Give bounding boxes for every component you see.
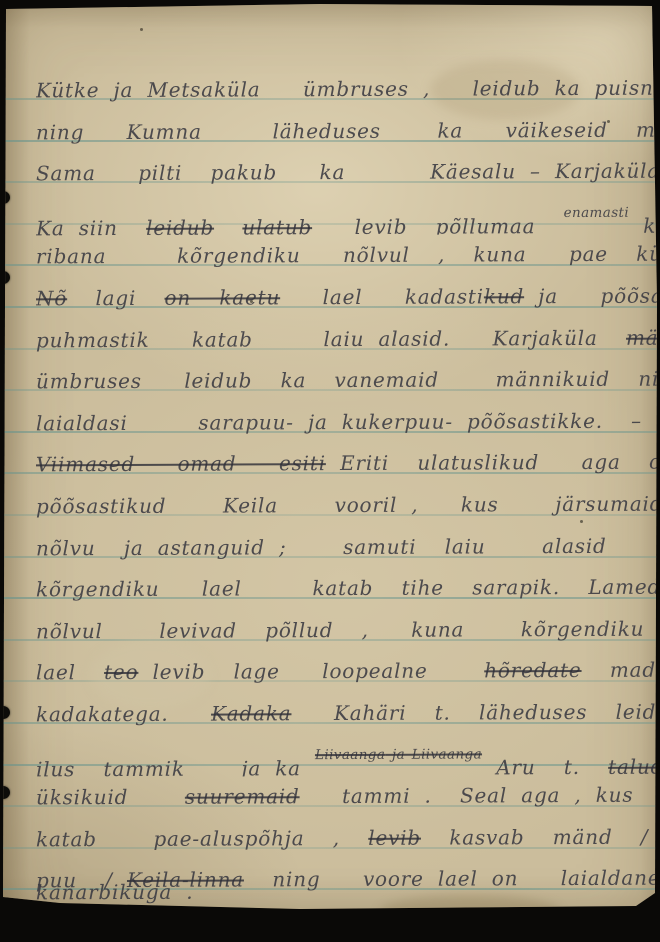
handwritten-line: puhmastik katab laiu alasid. Karjaküla m… [36, 322, 658, 361]
word-segment: lael kadasti [280, 284, 484, 309]
handwritten-line: üksikuid suuremaid tammi . Seal aga , ku… [36, 780, 658, 819]
word-segment: kitsa [629, 213, 658, 236]
handwritten-line: Kütke ja Metsaküla ümbruses , leidub ka … [36, 73, 658, 112]
word-segment: laialdasi sarapuu- ja kukerpuu- põõsasti… [36, 409, 642, 436]
word-segment: levib lage loopealne [138, 659, 484, 685]
handwritten-line: Sama pilti pakub ka Käesalu – Karjaküla … [36, 156, 658, 195]
handwritten-line: ning Kumna läheduses ka väikeseid männit… [36, 114, 658, 153]
word-segment: kõrgendiku lael katab tihe sarapik. Lame… [36, 575, 658, 602]
word-segment: kasvab mänd / Vabaduse [421, 824, 658, 850]
word-segment: talud [608, 754, 658, 777]
word-segment: nõlvul levivad põllud , kuna kõrgendiku [36, 616, 644, 643]
word-segment: ribana kõrgendiku nõlvul , kuna pae künn… [36, 242, 658, 269]
inserted-word: ja Liivaanga [385, 746, 482, 762]
word-segment: Kütke ja Metsaküla ümbruses , leidub ka … [36, 75, 658, 102]
inserted-word: Liivaanga [315, 746, 385, 762]
word-segment: teo [104, 660, 138, 684]
handwritten-line: nõlvu ja astanguid ; samuti laiu alasid [36, 530, 658, 569]
manuscript-page: Kütke ja Metsaküla ümbruses , leidub ka … [0, 0, 660, 942]
inserted-word: enamasti [564, 205, 630, 221]
handwritten-line: Viimased omad esiti Eriti ulatuslikud ag… [36, 447, 658, 486]
word-segment: tammi . Seal aga , kus liiv [300, 783, 659, 809]
handwritten-line: põõsastikud Keila vooril , kus järsumaid… [36, 489, 658, 528]
word-segment: põõsastikud Keila vooril , kus järsumaid… [36, 491, 658, 518]
handwritten-line: ribana kõrgendiku nõlvul , kuna pae künn… [36, 239, 658, 278]
word-segment: Eriti ulatuslikud aga on [326, 450, 658, 476]
manuscript-lines: Kütke ja Metsaküla ümbruses , leidub ka … [0, 0, 660, 942]
word-segment: kanarbikuga . [36, 880, 194, 905]
word-segment: puhmastik katab laiu alasid. Karjaküla [36, 325, 626, 352]
word-segment: ilus tammik ja ka [36, 756, 315, 777]
word-segment: Viimased omad esiti [36, 451, 326, 476]
word-segment: ulatub [242, 215, 312, 236]
word-segment: ja põõsasmarana [524, 283, 658, 308]
word-segment: levib põllumaa [312, 214, 564, 236]
word-segment: hõredate [484, 658, 581, 682]
handwritten-line: ilus tammik ja ka Liivaanga ja Liivaanga… [36, 738, 658, 777]
word-segment: lael [36, 660, 104, 684]
word-segment: levib [368, 825, 421, 849]
handwritten-line: kadakatega. Kadaka Kahäri t. läheduses l… [36, 697, 658, 736]
handwritten-line: Nõ lagi on kaetu lael kadastikud ja põõs… [36, 281, 658, 320]
word-segment: suuremaid [185, 784, 300, 809]
word-segment: lagi [67, 286, 164, 310]
handwritten-line: Ka siin leidub ulatub levib põllumaa ena… [36, 197, 658, 236]
handwritten-line: lael teo levib lage loopealne hõredate m… [36, 655, 658, 694]
word-segment: Nõ [36, 286, 67, 310]
word-segment: leidub [146, 215, 214, 236]
word-segment: ümbruses leidub ka vanemaid männikuid ni… [36, 367, 658, 394]
handwritten-line: laialdasi sarapuu- ja kukerpuu- põõsasti… [36, 405, 658, 444]
word-segment: nõlvu ja astanguid ; samuti laiu alasid [36, 533, 607, 559]
word-segment: kadakatega. [36, 702, 211, 727]
word-segment: Kadaka [211, 701, 292, 725]
handwritten-line: kõrgendiku lael katab tihe sarapik. Lame… [36, 572, 658, 611]
word-segment: kud [484, 284, 524, 308]
handwritten-line: ümbruses leidub ka vanemaid männikuid ni… [36, 364, 658, 403]
word-segment: Ka siin [36, 216, 146, 236]
handwritten-line: kanarbikuga . [36, 875, 658, 914]
word-segment: ning Kumna läheduses ka väikeseid männit… [36, 117, 658, 144]
word-segment: katab pae-aluspõhja , [36, 826, 368, 851]
word-segment: mäel [626, 325, 658, 349]
handwritten-line: katab pae-aluspõhja , levib kasvab mänd … [36, 821, 658, 860]
word-segment: on kaetu [164, 285, 280, 310]
word-segment: Sama pilti pakub ka Käesalu – Karjaküla … [36, 159, 658, 186]
word-segment: Aru t. [482, 754, 608, 776]
word-segment: üksikuid [36, 785, 185, 810]
word-segment: madalate [581, 658, 658, 683]
word-segment [214, 215, 242, 236]
handwritten-line: nõlvul levivad põllud , kuna kõrgendiku [36, 613, 658, 652]
word-segment: Kahäri t. läheduses leidub [291, 700, 658, 726]
